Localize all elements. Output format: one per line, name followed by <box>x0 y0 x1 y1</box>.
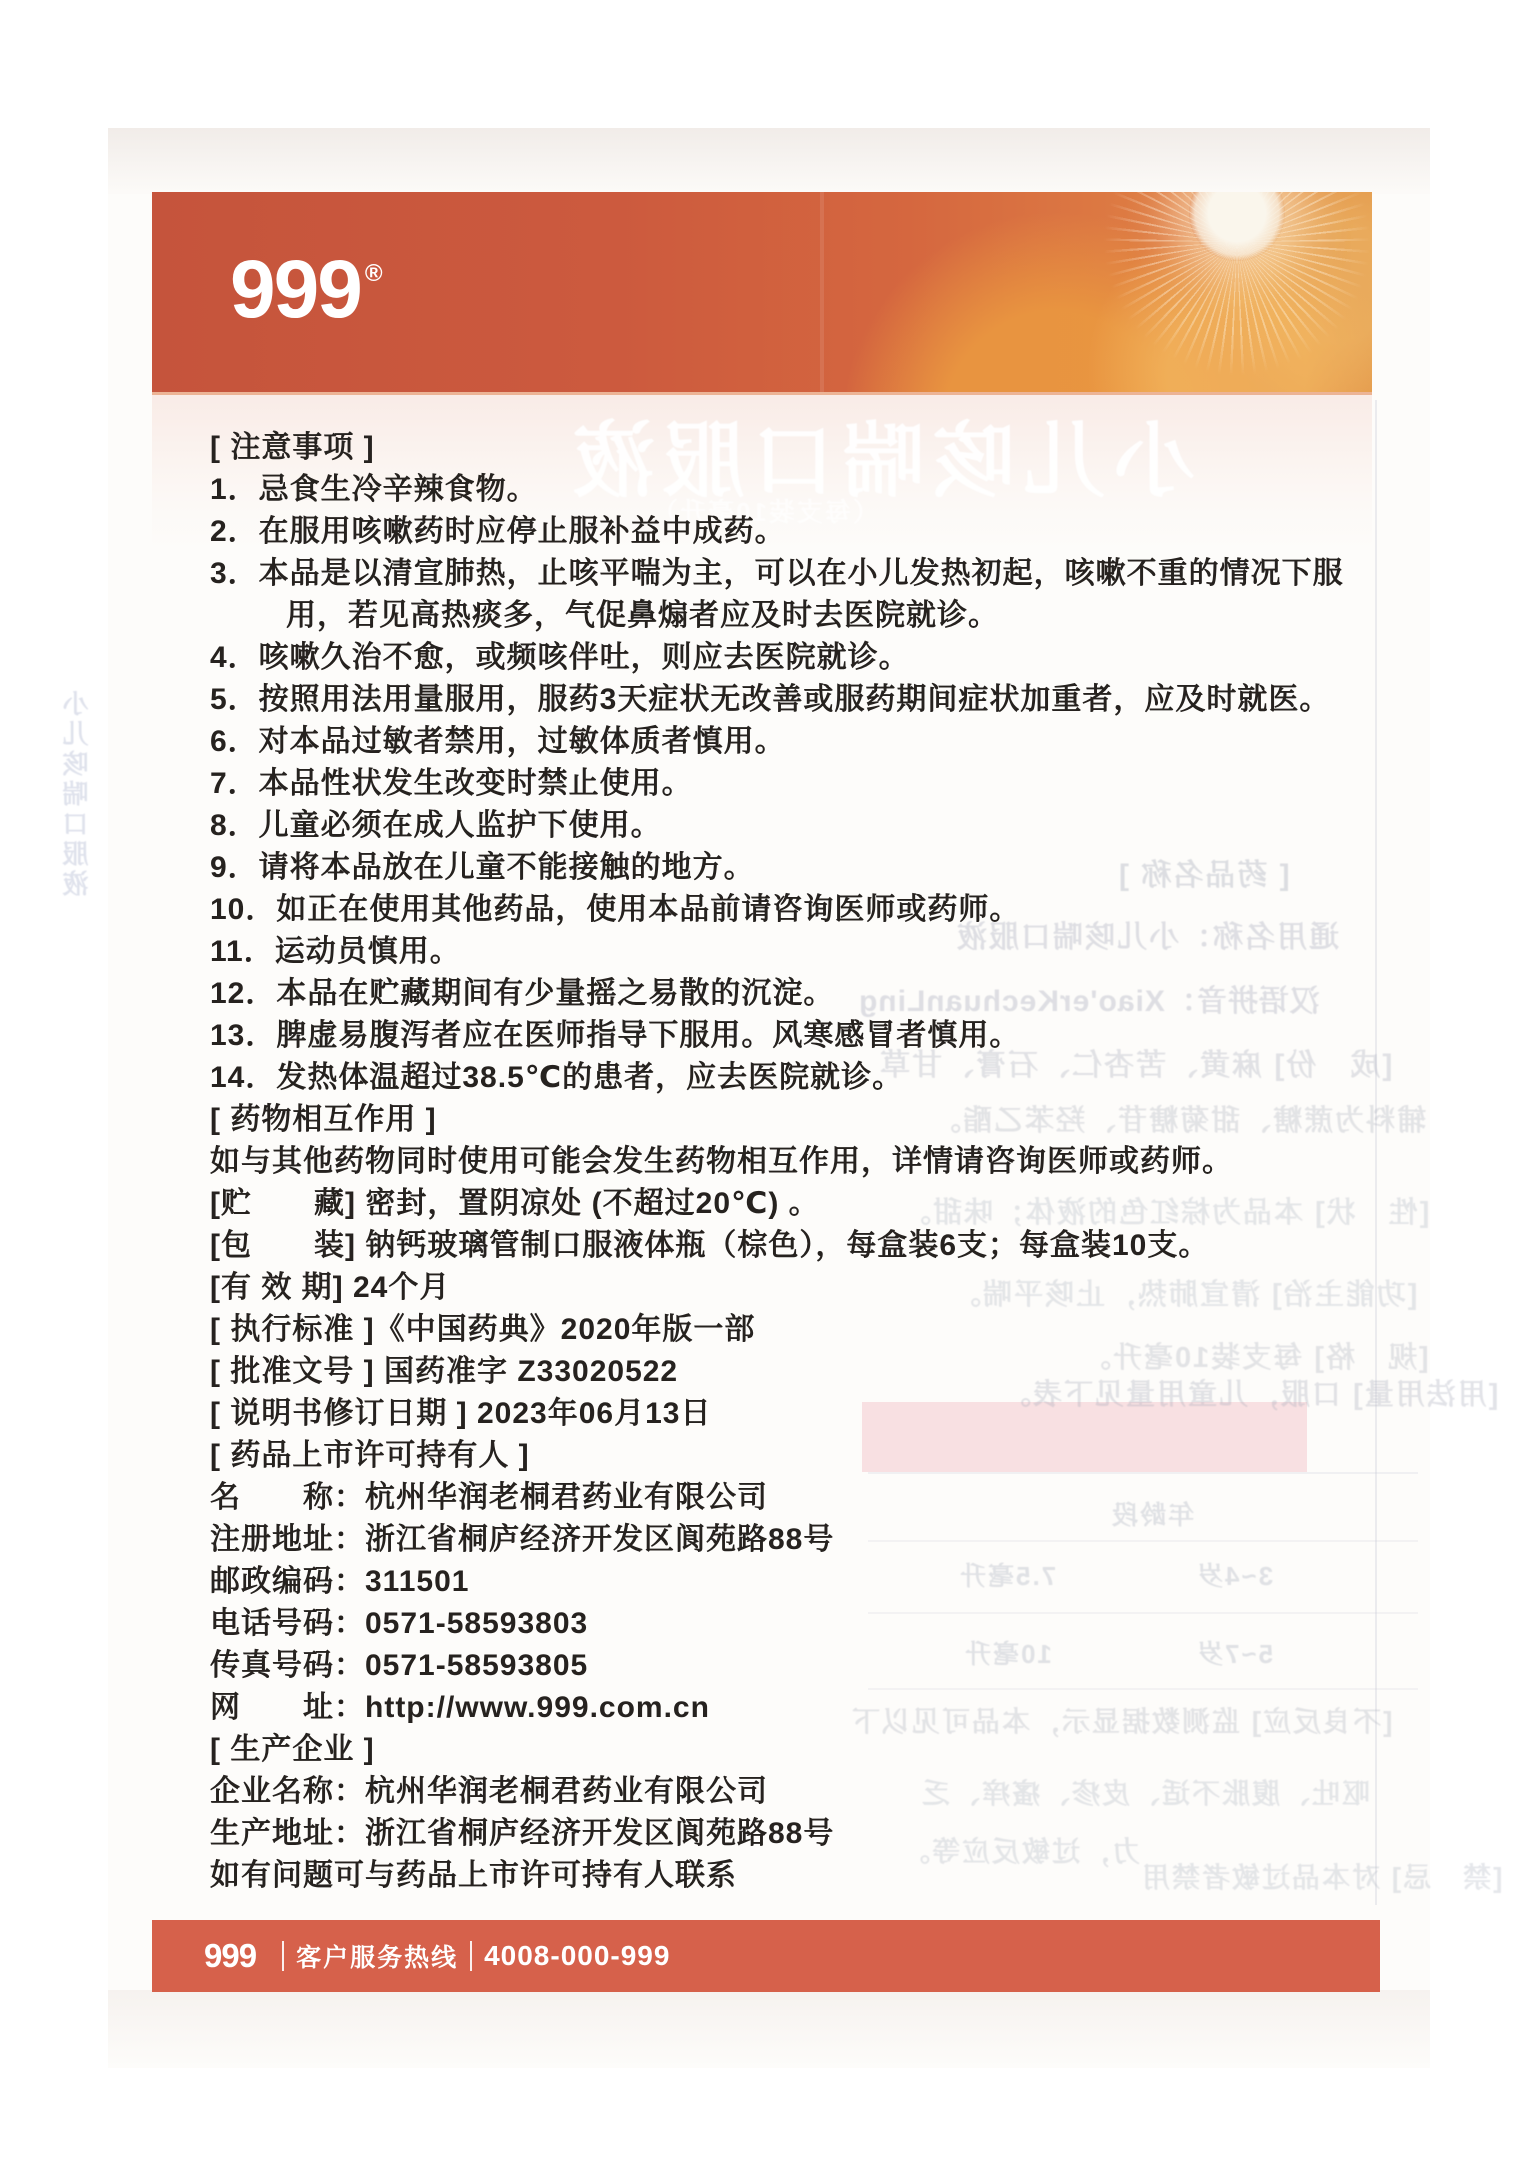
leaflet-line: 用，若见高热痰多，气促鼻煽者应及时去医院就诊。 <box>210 595 1400 637</box>
divider <box>282 1941 284 1971</box>
leaflet-line: 如有问题可与药品上市许可持有人联系 <box>210 1855 1400 1897</box>
leaflet-line: 6．对本品过敏者禁用，过敏体质者慎用。 <box>210 721 1400 763</box>
leaflet-line: [有 效 期] 24个月 <box>210 1267 1400 1309</box>
fold-crease <box>820 192 824 392</box>
leaflet-line: 如与其他药物同时使用可能会发生药物相互作用，详情请咨询医师或药师。 <box>210 1141 1400 1183</box>
leaflet-line: [ 药物相互作用 ] <box>210 1099 1400 1141</box>
leaflet-line: 5．按照用法用量服用，服药3天症状无改善或服药期间症状加重者，应及时就医。 <box>210 679 1400 721</box>
leaflet-line: 13．脾虚易腹泻者应在医师指导下服用。风寒感冒者慎用。 <box>210 1015 1400 1057</box>
leaflet-text: [ 注意事项 ]1．忌食生冷辛辣食物。2．在服用咳嗽药时应停止服补益中成药。3．… <box>210 427 1400 1897</box>
leaflet-line: [ 执行标准 ]《中国药典》2020年版一部 <box>210 1309 1400 1351</box>
hotline-label: 客户服务热线 <box>296 1938 458 1974</box>
hotline-number: 4008-000-999 <box>484 1940 670 1972</box>
leaflet-line: 10．如正在使用其他药品，使用本品前请咨询医师或药师。 <box>210 889 1400 931</box>
leaflet-line: [ 说明书修订日期 ] 2023年06月13日 <box>210 1393 1400 1435</box>
brand-logo-digits: 999 <box>230 244 361 335</box>
bleedthrough-text: 小儿咳喘口服液 <box>58 690 95 900</box>
leaflet-line: [ 批准文号 ] 国药准字 Z33020522 <box>210 1351 1400 1393</box>
leaflet-line: [ 生产企业 ] <box>210 1729 1400 1771</box>
leaflet-line: 名 称：杭州华润老桐君药业有限公司 <box>210 1477 1400 1519</box>
leaflet-line: [ 注意事项 ] <box>210 427 1400 469</box>
leaflet-line: 2．在服用咳嗽药时应停止服补益中成药。 <box>210 511 1400 553</box>
leaflet-line: 11．运动员慎用。 <box>210 931 1400 973</box>
leaflet-line: [ 药品上市许可持有人 ] <box>210 1435 1400 1477</box>
leaflet-line: 传真号码：0571-58593805 <box>210 1645 1400 1687</box>
leaflet-line: 12．本品在贮藏期间有少量摇之易散的沉淀。 <box>210 973 1400 1015</box>
leaflet-line: 7．本品性状发生改变时禁止使用。 <box>210 763 1400 805</box>
leaflet-line: 14．发热体温超过38.5℃的患者，应去医院就诊。 <box>210 1057 1400 1099</box>
divider <box>470 1941 472 1971</box>
leaflet-line: 企业名称：杭州华润老桐君药业有限公司 <box>210 1771 1400 1813</box>
leaflet-line: 8．儿童必须在成人监护下使用。 <box>210 805 1400 847</box>
registered-trademark-icon: ® <box>365 260 383 287</box>
scan-texture-bottom <box>108 1990 1430 2068</box>
leaflet-line: 电话号码：0571-58593803 <box>210 1603 1400 1645</box>
service-hotline-bar: 999 客户服务热线 4008-000-999 <box>152 1920 1380 1992</box>
leaflet-line: 9．请将本品放在儿童不能接触的地方。 <box>210 847 1400 889</box>
leaflet-line: [贮 藏] 密封，置阴凉处 (不超过20℃) 。 <box>210 1183 1400 1225</box>
leaflet-line: 3．本品是以清宣肺热，止咳平喘为主，可以在小儿发热初起，咳嗽不重的情况下服 <box>210 553 1400 595</box>
leaflet-line: 4．咳嗽久治不愈，或频咳伴吐，则应去医院就诊。 <box>210 637 1400 679</box>
leaflet-line: 注册地址：浙江省桐庐经济开发区阆苑路88号 <box>210 1519 1400 1561</box>
scan-texture-top <box>108 128 1430 194</box>
leaflet-line: 邮政编码：311501 <box>210 1561 1400 1603</box>
sun-glow-icon <box>1142 192 1332 337</box>
brand-header-band: 999® <box>152 192 1372 395</box>
footer-brand-logo: 999 <box>204 1937 256 1975</box>
leaflet-line: 1．忌食生冷辛辣食物。 <box>210 469 1400 511</box>
brand-logo-999: 999® <box>230 260 379 320</box>
leaflet-line: [包 装] 钠钙玻璃管制口服液体瓶（棕色），每盒装6支；每盒装10支。 <box>210 1225 1400 1267</box>
leaflet-line: 生产地址：浙江省桐庐经济开发区阆苑路88号 <box>210 1813 1400 1855</box>
leaflet-line: 网 址：http://www.999.com.cn <box>210 1687 1400 1729</box>
